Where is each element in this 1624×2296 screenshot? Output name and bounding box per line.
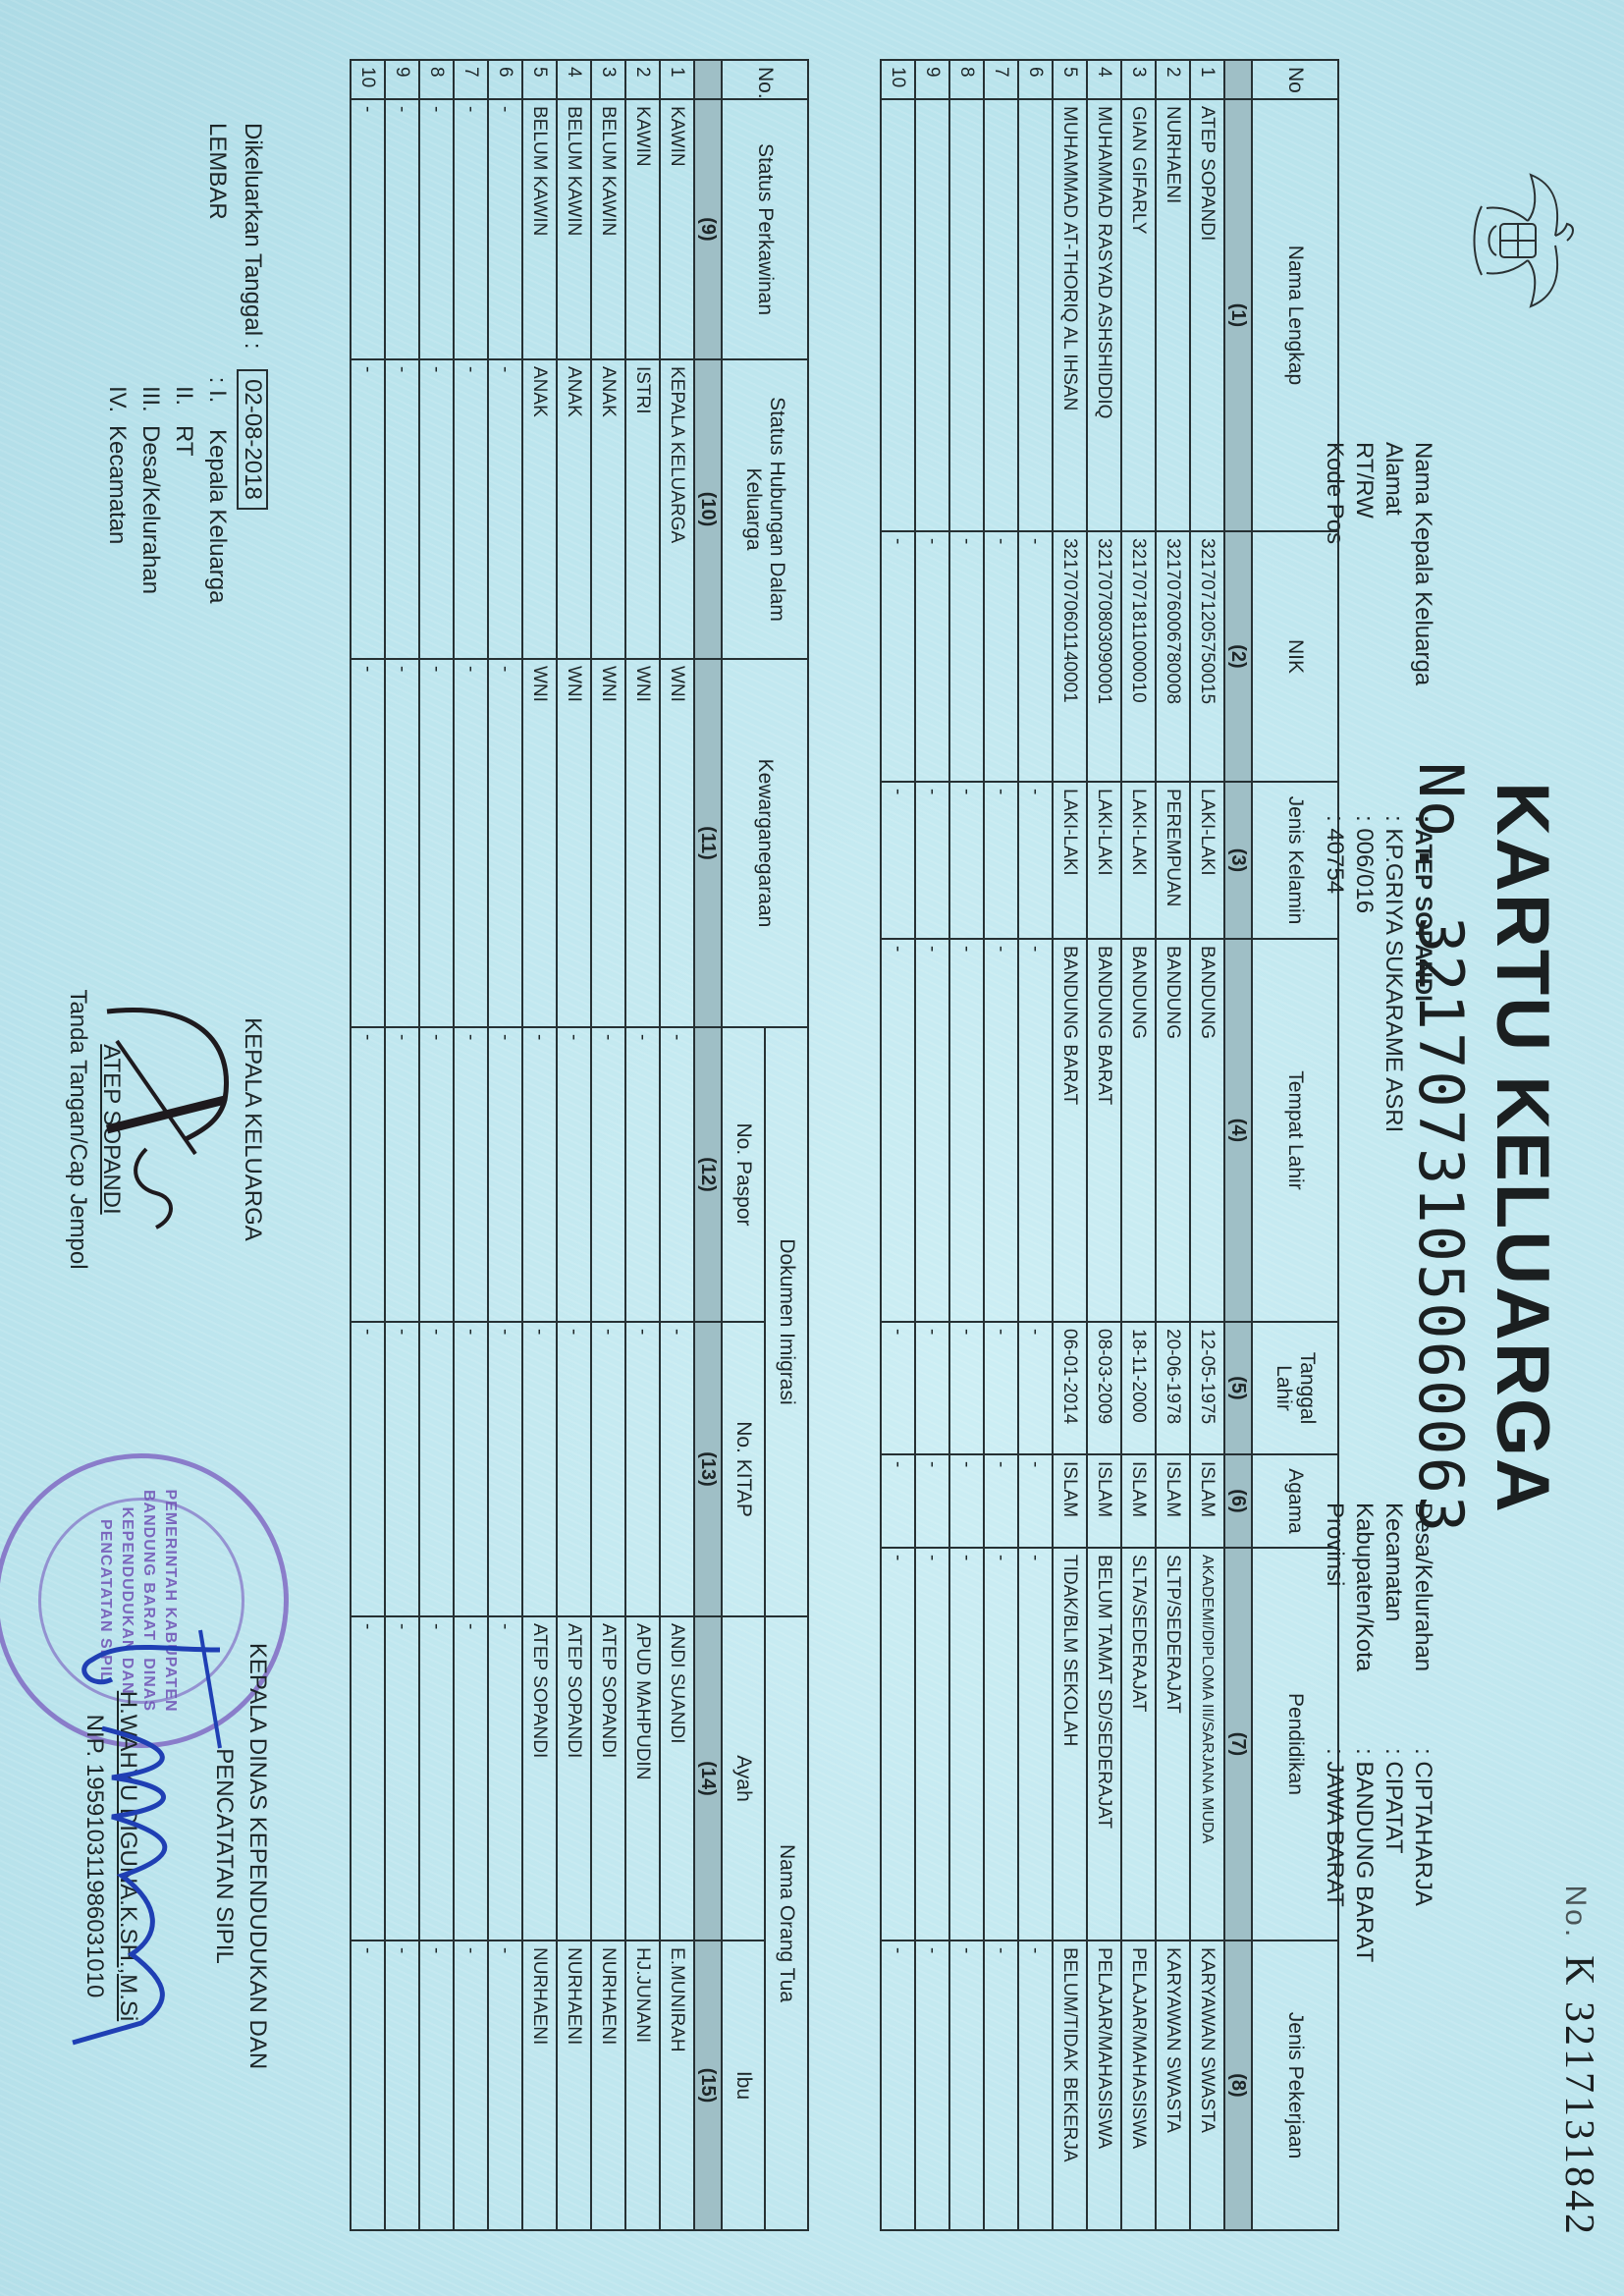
- cell-pendidikan: -: [1018, 1548, 1053, 1941]
- field-value: : BANDUNG BARAT: [1351, 1748, 1378, 1962]
- lembar-item: Desa/Kelurahan: [137, 425, 164, 594]
- cell-hubungan: ANAK: [522, 359, 557, 659]
- table-row: 5BELUM KAWINANAKWNI--ATEP SOPANDINURHAEN…: [522, 60, 557, 2230]
- cell-kawin: KAWIN: [660, 99, 694, 359]
- table-row: 1KAWINKEPALA KELUARGAWNI--ANDI SUANDIE.M…: [660, 60, 694, 2230]
- official-title-line1: KEPALA DINAS KEPENDUDUKAN DAN: [241, 1512, 274, 2200]
- cell-ibu: NURHAENI: [557, 1941, 591, 2230]
- info-row-desa: Desa/Kelurahan: CIPTAHARJA: [1408, 1503, 1437, 1962]
- cell-paspor: -: [488, 1027, 522, 1322]
- cell-hubungan: ISTRI: [625, 359, 660, 659]
- header-nama-orang-tua: Nama Orang Tua: [765, 1616, 808, 2230]
- table-row: 9-------: [385, 60, 419, 2230]
- table-row: 10-------: [881, 60, 915, 2230]
- cell-tanggal: 08-03-2009: [1087, 1322, 1121, 1454]
- info-row-nama-kepala: Nama Kepala Keluarga: ATEP SOPANDI: [1408, 442, 1437, 1132]
- cell-no: 9: [915, 60, 949, 99]
- header-no-paspor: No. Paspor: [722, 1027, 765, 1322]
- lembar-list: LEMBAR : I.Kepala Keluarga: [200, 123, 234, 603]
- cell-tempat: -: [1018, 939, 1053, 1322]
- cell-warga: -: [351, 659, 385, 1027]
- cell-warga: -: [454, 659, 488, 1027]
- cell-pendidikan: -: [915, 1548, 949, 1941]
- cell-agama: -: [949, 1454, 984, 1548]
- cell-kawin: -: [454, 99, 488, 359]
- cell-no: 7: [984, 60, 1018, 99]
- cell-paspor: -: [660, 1027, 694, 1322]
- cell-tempat: BANDUNG BARAT: [1053, 939, 1087, 1322]
- col-number: (2): [1224, 531, 1252, 782]
- header-agama: Agama: [1252, 1454, 1338, 1548]
- header-tanggal-lahir: Tanggal Lahir: [1252, 1322, 1338, 1454]
- cell-nama: NURHAENI: [1156, 99, 1190, 531]
- cell-hubungan: -: [454, 359, 488, 659]
- issue-date-row: Dikeluarkan Tanggal : 02-08-2018: [236, 123, 269, 603]
- cell-tanggal: 06-01-2014: [1053, 1322, 1087, 1454]
- field-label: RT/RW: [1349, 442, 1379, 815]
- cell-pekerjaan: BELUM/TIDAK BEKERJA: [1053, 1941, 1087, 2230]
- field-value: : KP.GRIYA SUKARAME ASRI: [1380, 815, 1407, 1132]
- cell-warga: WNI: [591, 659, 625, 1027]
- cell-agama: -: [881, 1454, 915, 1548]
- cell-pendidikan: AKADEMI/DIPLOMA III/SARJANA MUDA: [1190, 1548, 1224, 1941]
- header-no: No.: [722, 60, 808, 99]
- cell-nama: [949, 99, 984, 531]
- col-number: (15): [694, 1941, 722, 2230]
- header-ibu: Ibu: [722, 1941, 765, 2230]
- table-row: 5MUHAMMAD AT-THORIQ AL IHSAN321707060114…: [1053, 60, 1087, 2230]
- cell-paspor: -: [557, 1027, 591, 1322]
- cell-pekerjaan: -: [984, 1941, 1018, 2230]
- cell-paspor: -: [522, 1027, 557, 1322]
- cell-paspor: -: [385, 1027, 419, 1322]
- cell-nik: 3217071811000010: [1121, 531, 1156, 782]
- cell-no: 4: [557, 60, 591, 99]
- col-number: (5): [1224, 1322, 1252, 1454]
- field-value: : 006/016: [1351, 815, 1378, 913]
- cell-pekerjaan: PELAJAR/MAHASISWA: [1121, 1941, 1156, 2230]
- lembar-num: I.: [200, 390, 234, 429]
- table-row: 3GIAN GIFARLY3217071811000010LAKI-LAKIBA…: [1121, 60, 1156, 2230]
- cell-kawin: BELUM KAWIN: [591, 99, 625, 359]
- cell-pendidikan: -: [984, 1548, 1018, 1941]
- lembar-item: RT: [171, 425, 197, 457]
- cell-no: 5: [1053, 60, 1087, 99]
- cell-hubungan: ANAK: [591, 359, 625, 659]
- cell-agama: ISLAM: [1053, 1454, 1087, 1548]
- table-row: 2KAWINISTRIWNI--APUD MAHPUDINHJ.JUNANI: [625, 60, 660, 2230]
- table-row: 7-------: [984, 60, 1018, 2230]
- cell-no: 5: [522, 60, 557, 99]
- cell-kitap: -: [557, 1322, 591, 1616]
- field-label: Nama Kepala Keluarga: [1408, 442, 1437, 815]
- cell-nik: 3217070601140001: [1053, 531, 1087, 782]
- cell-tempat: -: [881, 939, 915, 1322]
- issued-date: 02-08-2018: [237, 369, 268, 510]
- cell-nik: 3217071205750015: [1190, 531, 1224, 782]
- cell-nama: [881, 99, 915, 531]
- cell-no: 1: [1190, 60, 1224, 99]
- document-title: KARTU KELUARGA: [1480, 0, 1565, 2296]
- cell-hubungan: -: [419, 359, 454, 659]
- cell-kawin: -: [351, 99, 385, 359]
- cell-warga: WNI: [557, 659, 591, 1027]
- cell-pekerjaan: -: [949, 1941, 984, 2230]
- cell-warga: -: [385, 659, 419, 1027]
- cell-nama: [1018, 99, 1053, 531]
- cell-jk: -: [881, 782, 915, 939]
- table-row: 4BELUM KAWINANAKWNI--ATEP SOPANDINURHAEN…: [557, 60, 591, 2230]
- cell-ibu: -: [488, 1941, 522, 2230]
- cell-ayah: ATEP SOPANDI: [591, 1616, 625, 1941]
- cell-kitap: -: [351, 1322, 385, 1616]
- issue-info: Dikeluarkan Tanggal : 02-08-2018 LEMBAR …: [100, 123, 269, 603]
- header-nama-lengkap: Nama Lengkap: [1252, 99, 1338, 531]
- column-number-row: (9) (10) (11) (12) (13) (14) (15): [694, 60, 722, 2230]
- table-row: 9-------: [915, 60, 949, 2230]
- cell-ayah: -: [454, 1616, 488, 1941]
- cell-paspor: -: [625, 1027, 660, 1322]
- cell-jk: LAKI-LAKI: [1053, 782, 1087, 939]
- info-row-rtrw: RT/RW: 006/016: [1349, 442, 1379, 1132]
- cell-jk: -: [984, 782, 1018, 939]
- info-row-alamat: Alamat: KP.GRIYA SUKARAME ASRI: [1379, 442, 1408, 1132]
- cell-hubungan: -: [488, 359, 522, 659]
- cell-warga: WNI: [660, 659, 694, 1027]
- cell-ibu: -: [351, 1941, 385, 2230]
- cell-hubungan: ANAK: [557, 359, 591, 659]
- cell-kawin: -: [419, 99, 454, 359]
- cell-nama: MUHAMMAD RASYAD ASHSHIDDIQ: [1087, 99, 1121, 531]
- cell-no: 7: [454, 60, 488, 99]
- cell-kawin: KAWIN: [625, 99, 660, 359]
- cell-no: 4: [1087, 60, 1121, 99]
- table-row: 8-------: [419, 60, 454, 2230]
- lembar-row: II.RT: [167, 123, 200, 603]
- cell-ayah: -: [385, 1616, 419, 1941]
- col-number: (10): [694, 359, 722, 659]
- field-label: Kabupaten/Kota: [1349, 1503, 1379, 1748]
- family-card-document: No.K 3217131842 KARTU KELUARGA No. 32170…: [0, 0, 1624, 2296]
- cell-nama: ATEP SOPANDI: [1190, 99, 1224, 531]
- cell-tempat: BANDUNG BARAT: [1087, 939, 1121, 1322]
- cell-jk: LAKI-LAKI: [1121, 782, 1156, 939]
- col-number: (12): [694, 1027, 722, 1322]
- cell-ayah: ANDI SUANDI: [660, 1616, 694, 1941]
- cell-hubungan: KEPALA KELUARGA: [660, 359, 694, 659]
- cell-kitap: -: [591, 1322, 625, 1616]
- col-number: (6): [1224, 1454, 1252, 1548]
- cell-nik: -: [915, 531, 949, 782]
- cell-agama: ISLAM: [1087, 1454, 1121, 1548]
- col-number: (3): [1224, 782, 1252, 939]
- cell-tempat: BANDUNG: [1190, 939, 1224, 1322]
- cell-ibu: -: [385, 1941, 419, 2230]
- cell-pekerjaan: -: [915, 1941, 949, 2230]
- cell-nama: MUHAMMAD AT-THORIQ AL IHSAN: [1053, 99, 1087, 531]
- table-row: 8-------: [949, 60, 984, 2230]
- cell-jk: PEREMPUAN: [1156, 782, 1190, 939]
- cell-jk: LAKI-LAKI: [1087, 782, 1121, 939]
- cell-no: 2: [1156, 60, 1190, 99]
- cell-no: 2: [625, 60, 660, 99]
- field-label: Desa/Kelurahan: [1408, 1503, 1437, 1748]
- cell-no: 3: [1121, 60, 1156, 99]
- cell-no: 6: [1018, 60, 1053, 99]
- column-number-row: (1) (2) (3) (4) (5) (6) (7) (8): [1224, 60, 1252, 2230]
- cell-agama: -: [915, 1454, 949, 1548]
- cell-pekerjaan: KARYAWAN SWASTA: [1190, 1941, 1224, 2230]
- cell-hubungan: -: [385, 359, 419, 659]
- cell-ibu: -: [419, 1941, 454, 2230]
- info-row-kabupaten: Kabupaten/Kota: BANDUNG BARAT: [1349, 1503, 1379, 1962]
- cell-ibu: NURHAENI: [522, 1941, 557, 2230]
- cell-tempat: BANDUNG: [1156, 939, 1190, 1322]
- table-row: 10-------: [351, 60, 385, 2230]
- field-value: : CIPATAT: [1380, 1748, 1407, 1854]
- cell-paspor: -: [454, 1027, 488, 1322]
- cell-nama: [915, 99, 949, 531]
- cell-tempat: BANDUNG: [1121, 939, 1156, 1322]
- table-row: 1ATEP SOPANDI3217071205750015LAKI-LAKIBA…: [1190, 60, 1224, 2230]
- table-row: 4MUHAMMAD RASYAD ASHSHIDDIQ3217070803090…: [1087, 60, 1121, 2230]
- issued-label: Dikeluarkan Tanggal: [240, 123, 266, 336]
- col-number: (9): [694, 99, 722, 359]
- cell-pekerjaan: -: [881, 1941, 915, 2230]
- cell-agama: -: [984, 1454, 1018, 1548]
- col-number: (1): [1224, 99, 1252, 531]
- cell-tanggal: -: [915, 1322, 949, 1454]
- cell-tanggal: 18-11-2000: [1121, 1322, 1156, 1454]
- cell-ayah: -: [419, 1616, 454, 1941]
- cell-paspor: -: [591, 1027, 625, 1322]
- cell-nik: -: [1018, 531, 1053, 782]
- cell-ayah: ATEP SOPANDI: [522, 1616, 557, 1941]
- info-row-kecamatan: Kecamatan: CIPATAT: [1379, 1503, 1408, 1962]
- cell-tanggal: 12-05-1975: [1190, 1322, 1224, 1454]
- table-row: 2NURHAENI3217076006780008PEREMPUANBANDUN…: [1156, 60, 1190, 2230]
- cell-nik: 3217076006780008: [1156, 531, 1190, 782]
- lembar-label: LEMBAR: [200, 123, 234, 370]
- col-number: (14): [694, 1616, 722, 1941]
- cell-tanggal: -: [1018, 1322, 1053, 1454]
- cell-no: 10: [351, 60, 385, 99]
- col-number: (11): [694, 659, 722, 1027]
- cell-warga: -: [488, 659, 522, 1027]
- cell-nik: -: [881, 531, 915, 782]
- cell-kitap: -: [625, 1322, 660, 1616]
- col-number: (7): [1224, 1548, 1252, 1941]
- cell-no: 8: [419, 60, 454, 99]
- cell-kawin: -: [385, 99, 419, 359]
- table-row: 3BELUM KAWINANAKWNI--ATEP SOPANDINURHAEN…: [591, 60, 625, 2230]
- cell-nama: GIAN GIFARLY: [1121, 99, 1156, 531]
- cell-ayah: -: [488, 1616, 522, 1941]
- header-pendidikan: Pendidikan: [1252, 1548, 1338, 1941]
- lembar-row: IV.Kecamatan: [100, 123, 134, 603]
- cell-jk: -: [915, 782, 949, 939]
- cell-jk: -: [1018, 782, 1053, 939]
- cell-kawin: BELUM KAWIN: [557, 99, 591, 359]
- cell-paspor: -: [351, 1027, 385, 1322]
- lembar-num: III.: [134, 386, 167, 425]
- handwritten-signature-icon: [87, 982, 254, 1277]
- cell-nik: -: [949, 531, 984, 782]
- lembar-num: IV.: [100, 386, 134, 425]
- header-jenis-kelamin: Jenis Kelamin: [1252, 782, 1338, 939]
- cell-tanggal: -: [949, 1322, 984, 1454]
- cell-agama: ISLAM: [1190, 1454, 1224, 1548]
- col-number: (4): [1224, 939, 1252, 1322]
- cell-ibu: HJ.JUNANI: [625, 1941, 660, 2230]
- col-number: (13): [694, 1322, 722, 1616]
- lembar-item: Kecamatan: [104, 425, 131, 544]
- cell-tanggal: -: [984, 1322, 1018, 1454]
- cell-no: 1: [660, 60, 694, 99]
- cell-warga: WNI: [625, 659, 660, 1027]
- cell-tempat: -: [915, 939, 949, 1322]
- cell-agama: ISLAM: [1156, 1454, 1190, 1548]
- header-nik: NIK: [1252, 531, 1338, 782]
- cell-warga: WNI: [522, 659, 557, 1027]
- header-no-kitap: No. KITAP: [722, 1322, 765, 1616]
- header-status-hubungan: Status Hubungan Dalam Keluarga: [722, 359, 808, 659]
- cell-no: 8: [949, 60, 984, 99]
- cell-ayah: -: [351, 1616, 385, 1941]
- header-tempat-lahir: Tempat Lahir: [1252, 939, 1338, 1322]
- cell-hubungan: -: [351, 359, 385, 659]
- cell-kawin: BELUM KAWIN: [522, 99, 557, 359]
- header-no: No: [1252, 60, 1338, 99]
- cell-no: 6: [488, 60, 522, 99]
- cell-no: 3: [591, 60, 625, 99]
- cell-kitap: -: [660, 1322, 694, 1616]
- official-handwritten-signature-icon: [43, 1611, 240, 2160]
- table-row: 6-------: [1018, 60, 1053, 2230]
- cell-ayah: APUD MAHPUDIN: [625, 1616, 660, 1941]
- cell-pendidikan: -: [881, 1548, 915, 1941]
- cell-tempat: -: [984, 939, 1018, 1322]
- field-value: : ATEP SOPANDI: [1410, 815, 1436, 1002]
- cell-kitap: -: [488, 1322, 522, 1616]
- members-table-personal: No Nama Lengkap NIK Jenis Kelamin Tempat…: [880, 59, 1339, 2231]
- cell-no: 9: [385, 60, 419, 99]
- cell-ibu: NURHAENI: [591, 1941, 625, 2230]
- header-status-perkawinan: Status Perkawinan: [722, 99, 808, 359]
- cell-warga: -: [419, 659, 454, 1027]
- cell-pekerjaan: PELAJAR/MAHASISWA: [1087, 1941, 1121, 2230]
- header-jenis-pekerjaan: Jenis Pekerjaan: [1252, 1941, 1338, 2230]
- cell-agama: -: [1018, 1454, 1053, 1548]
- cell-tanggal: 20-06-1978: [1156, 1322, 1190, 1454]
- header-dokumen-imigrasi: Dokumen Imigrasi: [765, 1027, 808, 1616]
- cell-ibu: -: [454, 1941, 488, 2230]
- cell-jk: -: [949, 782, 984, 939]
- col-number: (8): [1224, 1941, 1252, 2230]
- lembar-row: III.Desa/Kelurahan: [134, 123, 167, 603]
- table-row: 6-------: [488, 60, 522, 2230]
- cell-pekerjaan: KARYAWAN SWASTA: [1156, 1941, 1190, 2230]
- cell-kawin: -: [488, 99, 522, 359]
- header-kewarganegaraan: Kewarganegaraan: [722, 659, 808, 1027]
- cell-kitap: -: [454, 1322, 488, 1616]
- cell-tempat: -: [949, 939, 984, 1322]
- cell-ibu: E.MUNIRAH: [660, 1941, 694, 2230]
- members-table-status: No. Status Perkawinan Status Hubungan Da…: [350, 59, 809, 2231]
- cell-pendidikan: TIDAK/BLM SEKOLAH: [1053, 1548, 1087, 1941]
- cell-agama: ISLAM: [1121, 1454, 1156, 1548]
- cell-pekerjaan: -: [1018, 1941, 1053, 2230]
- cell-nik: -: [984, 531, 1018, 782]
- lembar-item: Kepala Keluarga: [204, 429, 231, 603]
- cell-kitap: -: [522, 1322, 557, 1616]
- cell-tanggal: -: [881, 1322, 915, 1454]
- cell-no: 10: [881, 60, 915, 99]
- cell-pendidikan: BELUM TAMAT SD/SEDERAJAT: [1087, 1548, 1121, 1941]
- field-value: : CIPTAHARJA: [1410, 1748, 1436, 1906]
- cell-pendidikan: SLTP/SEDERAJAT: [1156, 1548, 1190, 1941]
- cell-kitap: -: [385, 1322, 419, 1616]
- field-label: Kecamatan: [1379, 1503, 1408, 1748]
- cell-nik: 3217070803090001: [1087, 531, 1121, 782]
- cell-jk: LAKI-LAKI: [1190, 782, 1224, 939]
- cell-kitap: -: [419, 1322, 454, 1616]
- cell-pendidikan: -: [949, 1548, 984, 1941]
- cell-nama: [984, 99, 1018, 531]
- table-row: 7-------: [454, 60, 488, 2230]
- cell-ayah: ATEP SOPANDI: [557, 1616, 591, 1941]
- lembar-num: II.: [167, 386, 200, 425]
- cell-pendidikan: SLTA/SEDERAJAT: [1121, 1548, 1156, 1941]
- header-ayah: Ayah: [722, 1616, 765, 1941]
- cell-paspor: -: [419, 1027, 454, 1322]
- field-label: Alamat: [1379, 442, 1408, 815]
